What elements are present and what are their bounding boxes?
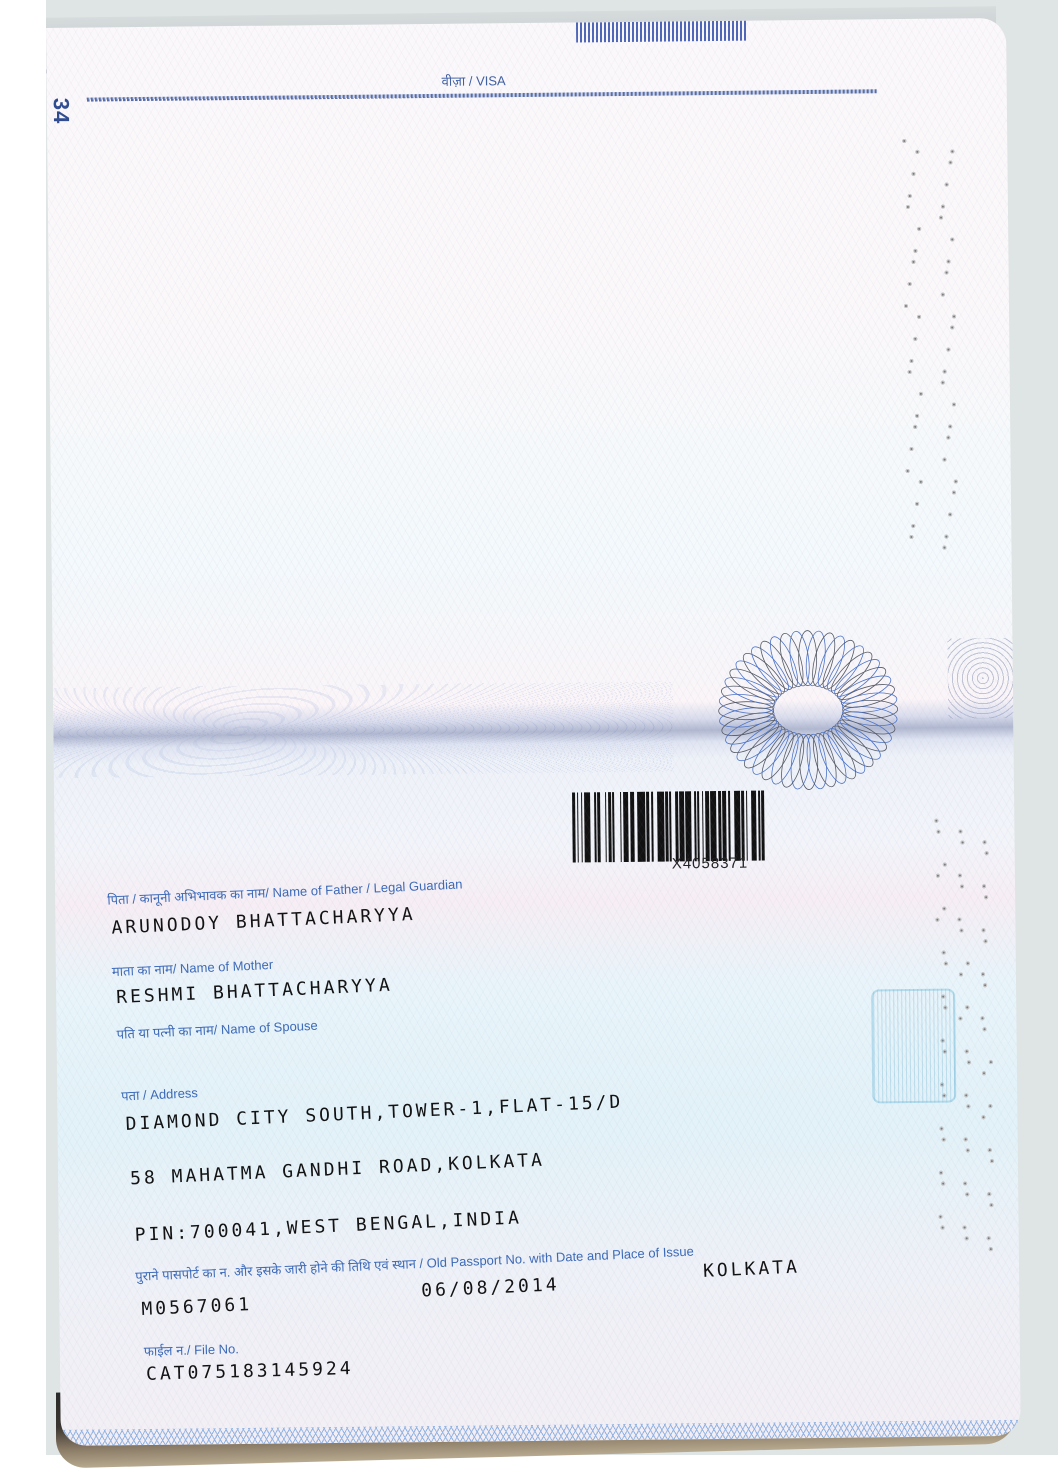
visa-header: वीज़ा / VISA [441,71,505,90]
address-line-3: PIN:700041,WEST BENGAL,INDIA [134,1207,522,1246]
file-no-label: फाईल न./ File No. [144,1339,240,1360]
address-label: पता / Address [121,1083,198,1104]
mother-label: माता का नाम/ Name of Mother [112,955,274,980]
guilloche-rosette-icon [692,614,924,806]
old-passport-date: 06/08/2014 [421,1274,560,1301]
passport-page: वीज़ा / VISA 34 X4058371 पिता / कानूनी अ… [46,18,1021,1446]
ind-tab-print [576,21,746,43]
address-line-2: 58 MAHATMA GANDHI ROAD,KOLKATA [130,1150,546,1190]
file-number: CAT075183145924 [146,1358,354,1385]
father-name: ARUNODOY BHATTACHARYYA [111,904,416,939]
emblem-watermark-icon [871,989,956,1104]
address-line-1: DIAMOND CITY SOUTH,TOWER-1,FLAT-15/D [125,1091,624,1135]
barcode [572,789,871,862]
spouse-label: पति या पत्नी का नाम/ Name of Spouse [116,1016,318,1043]
micro-print-line [87,89,877,101]
old-passport-number: M0567061 [141,1294,253,1320]
old-passport-label: पुराने पासपोर्ट का न. और इसके जारी होने … [135,1242,694,1285]
page-number: 34 [48,98,74,125]
mother-name: RESHMI BHATTACHARYYA [116,975,393,1009]
barcode-number: X4058371 [672,855,749,873]
old-passport-place: KOLKATA [703,1256,801,1281]
